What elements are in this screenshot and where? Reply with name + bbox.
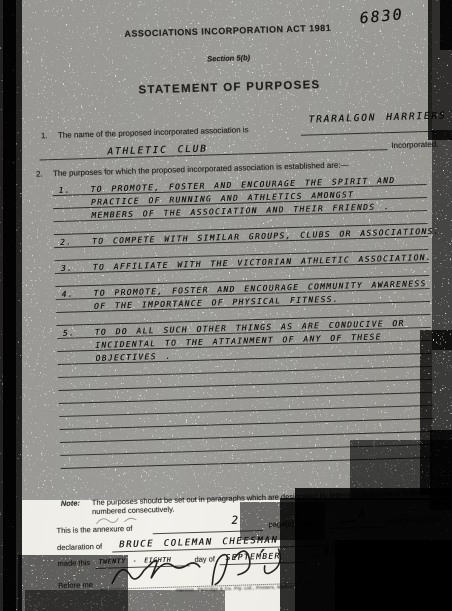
purpose-number: 1.	[58, 186, 70, 195]
pages-label: page(s) marked	[268, 518, 321, 529]
purpose-number: 5.	[63, 328, 75, 337]
purpose-number: 3.	[61, 264, 73, 273]
item1-label: The name of the proposed incorporated as…	[58, 125, 249, 140]
pages-rule	[152, 517, 262, 534]
made-this-label: made this	[57, 558, 90, 568]
purpose-number: 4.	[61, 290, 73, 299]
incorporated-label: Incorporated.	[391, 140, 438, 150]
annexure-prefix: This is the annexure of	[56, 524, 132, 535]
before-me-label: Before me	[58, 580, 93, 590]
note-text: The purposes should be set out in paragr…	[92, 488, 448, 517]
item1-number: 1.	[41, 131, 48, 140]
note-label: Note:	[61, 498, 80, 508]
item2-number: 2.	[36, 169, 43, 178]
date-stamp: 1 1 OCT 1985	[343, 551, 425, 565]
pages-value: 2	[231, 514, 239, 527]
declaration-label: declaration of	[57, 542, 102, 552]
annexure-suffix: referred to in the	[386, 515, 441, 526]
marked-value: A	[358, 507, 367, 521]
document-content: ASSOCIATIONS INCORPORATION ACT 1981 Sect…	[0, 0, 452, 611]
purpose-lines: 1.TO PROMOTE, FOSTER AND ENCOURAGE THE S…	[52, 172, 434, 469]
purpose-number: 2.	[60, 238, 72, 247]
name-line-2-rule	[39, 135, 387, 160]
page-title: STATEMENT OF PURPOSES	[3, 75, 452, 100]
section-label: Section 5(b)	[3, 47, 452, 69]
scanned-document-page: ASSOCIATIONS INCORPORATION ACT 1981 Sect…	[0, 0, 452, 611]
